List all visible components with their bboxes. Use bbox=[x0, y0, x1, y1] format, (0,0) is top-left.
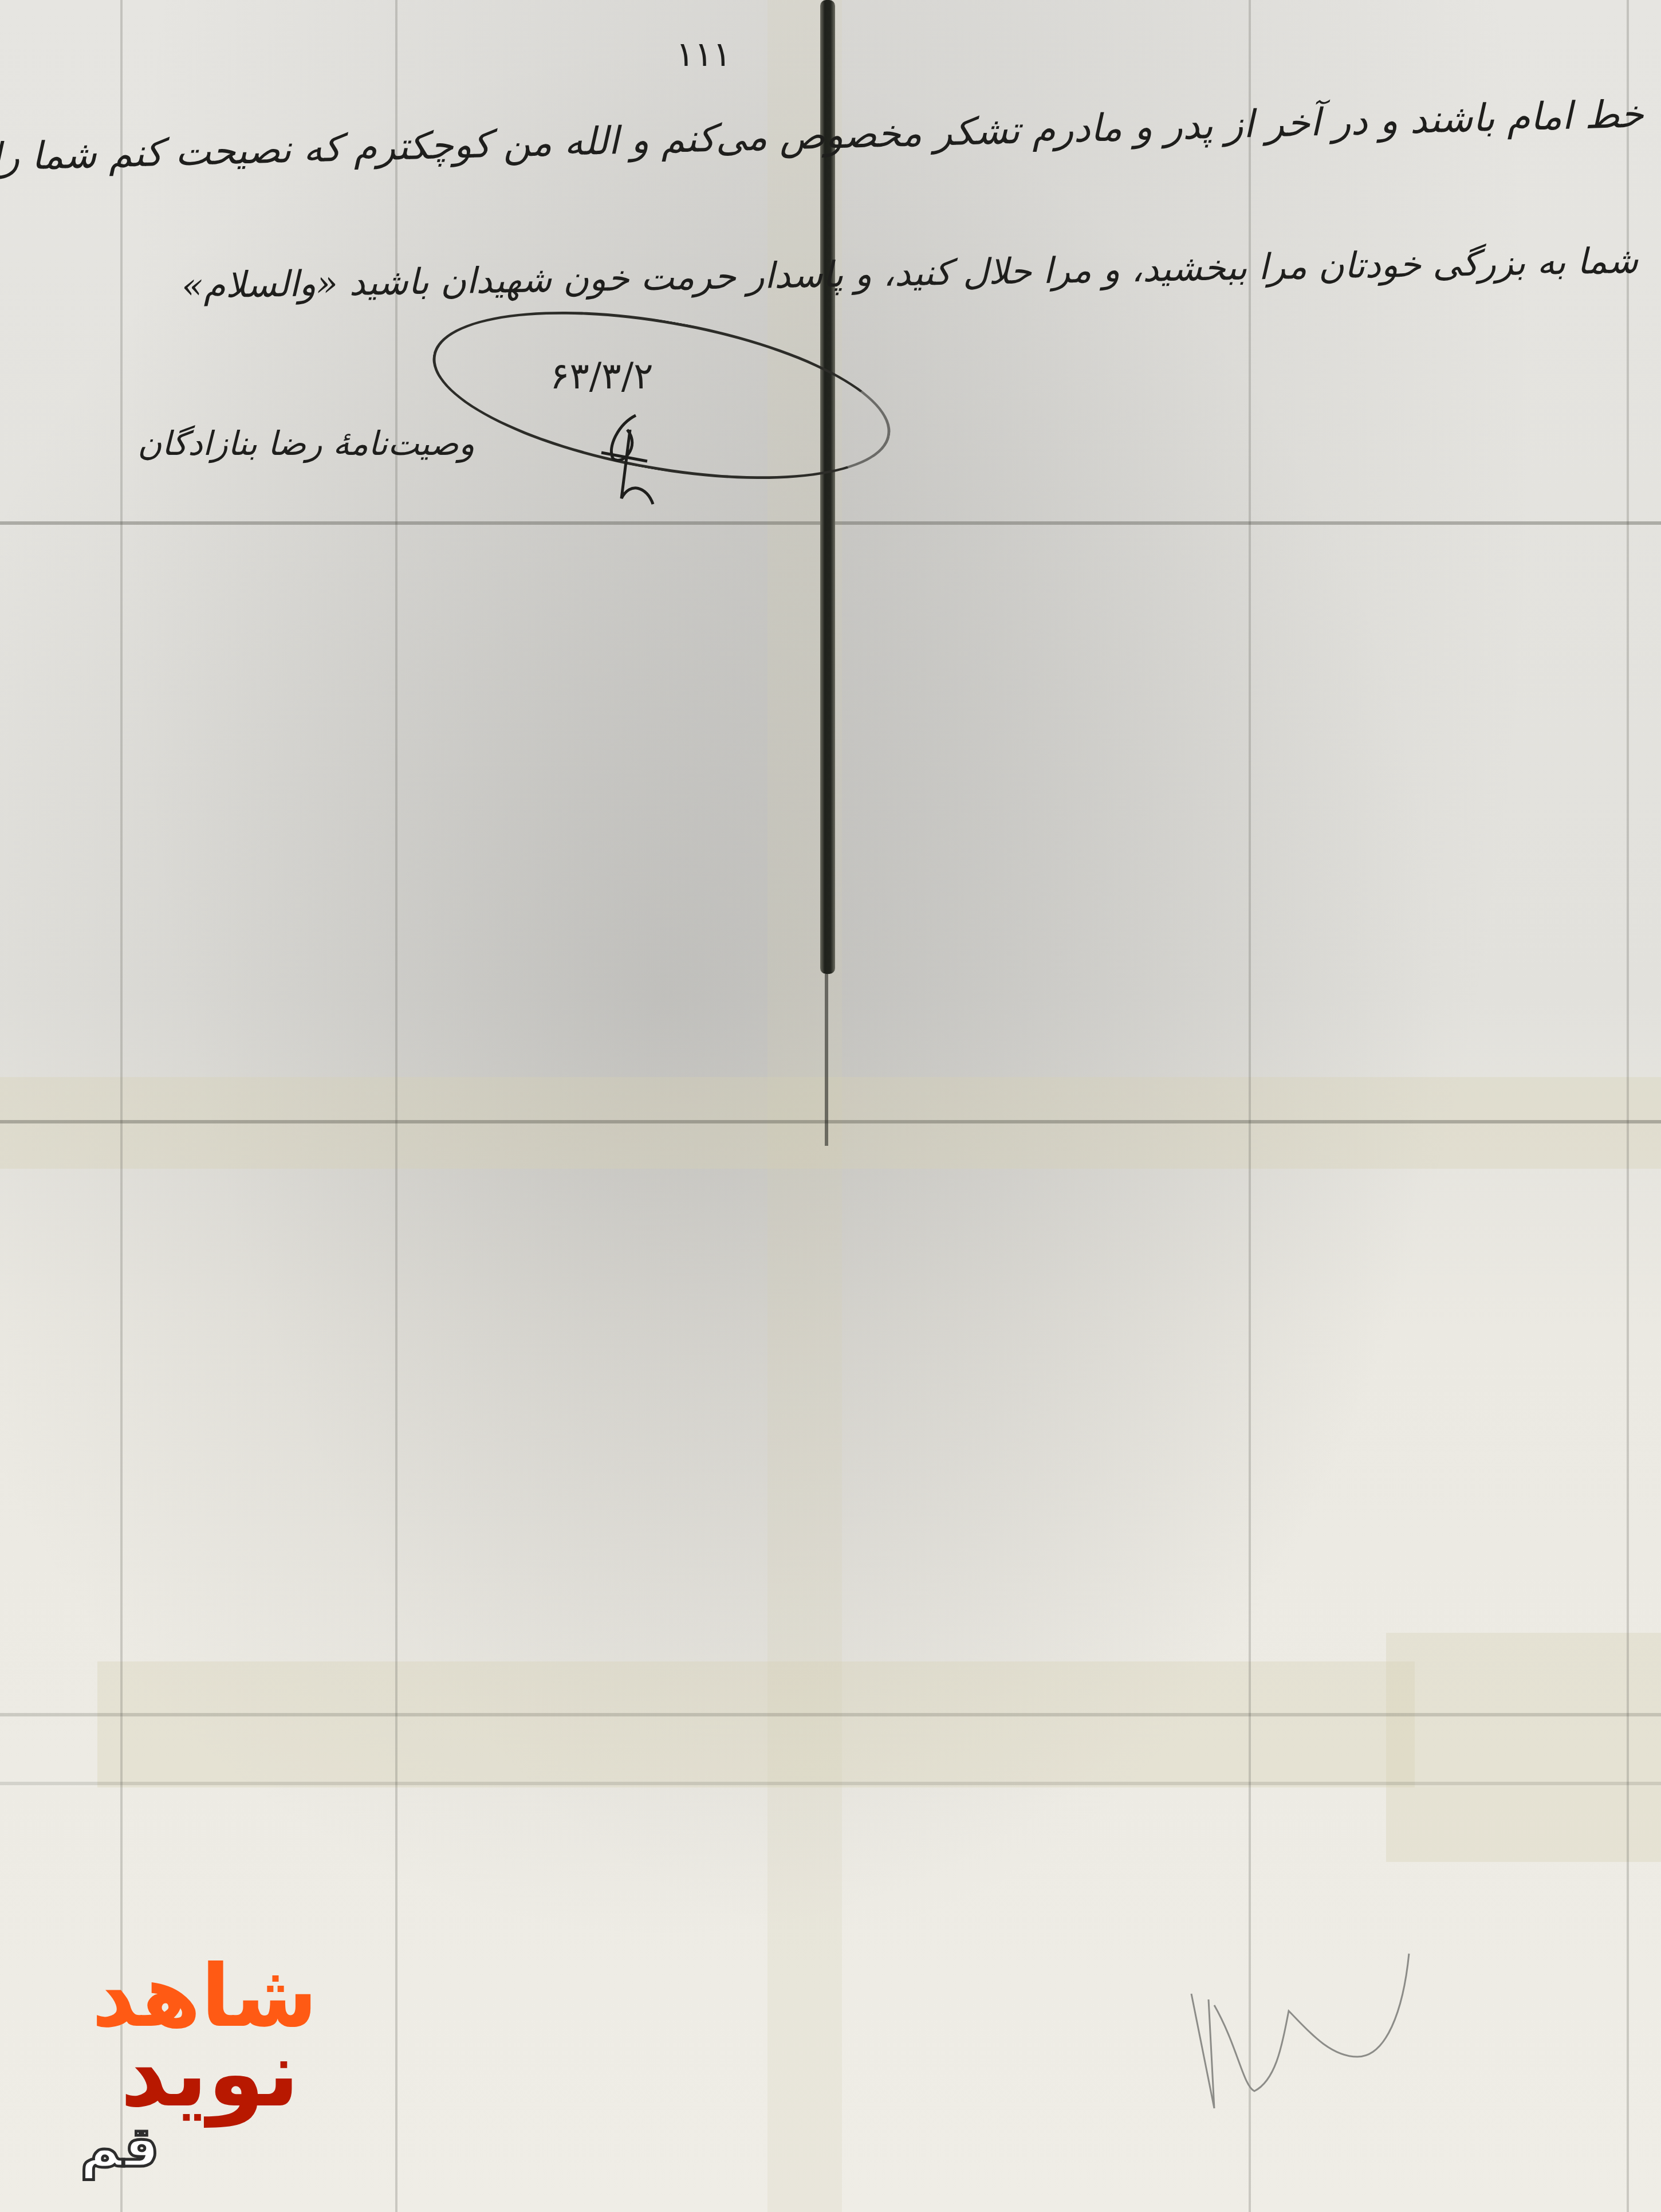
tape-patch bbox=[97, 1661, 1415, 1787]
fold-line bbox=[0, 1120, 1661, 1123]
logo-bottom-text: نوید bbox=[120, 2028, 300, 2120]
date-text: ۶۳/۳/۲ bbox=[550, 355, 654, 398]
navid-shahed-logo: شاهد نوید قم bbox=[80, 1954, 332, 2194]
fold-line bbox=[0, 1782, 1661, 1785]
fold-line bbox=[0, 1713, 1661, 1716]
fold-line bbox=[1249, 0, 1251, 2212]
pencil-scribble-icon bbox=[1140, 1942, 1587, 2148]
logo-city-text: قم bbox=[80, 2120, 159, 2175]
scanned-paper: ١١١ خط امام باشند و در آخر از پدر و مادر… bbox=[0, 0, 1661, 2212]
will-text-line-2: شما به بزرگی خودتان مرا ببخشید، و مرا حل… bbox=[181, 239, 1638, 307]
tape-patch bbox=[1386, 1633, 1661, 1862]
paper-tear bbox=[825, 974, 828, 1146]
signature-icon bbox=[596, 412, 659, 510]
will-caption: وصیت‌نامهٔ رضا بنازادگان bbox=[137, 424, 475, 463]
fold-line bbox=[120, 0, 123, 2212]
top-marks: ١١١ bbox=[676, 34, 731, 74]
fold-line bbox=[1627, 0, 1629, 2212]
fold-line bbox=[395, 0, 397, 2212]
